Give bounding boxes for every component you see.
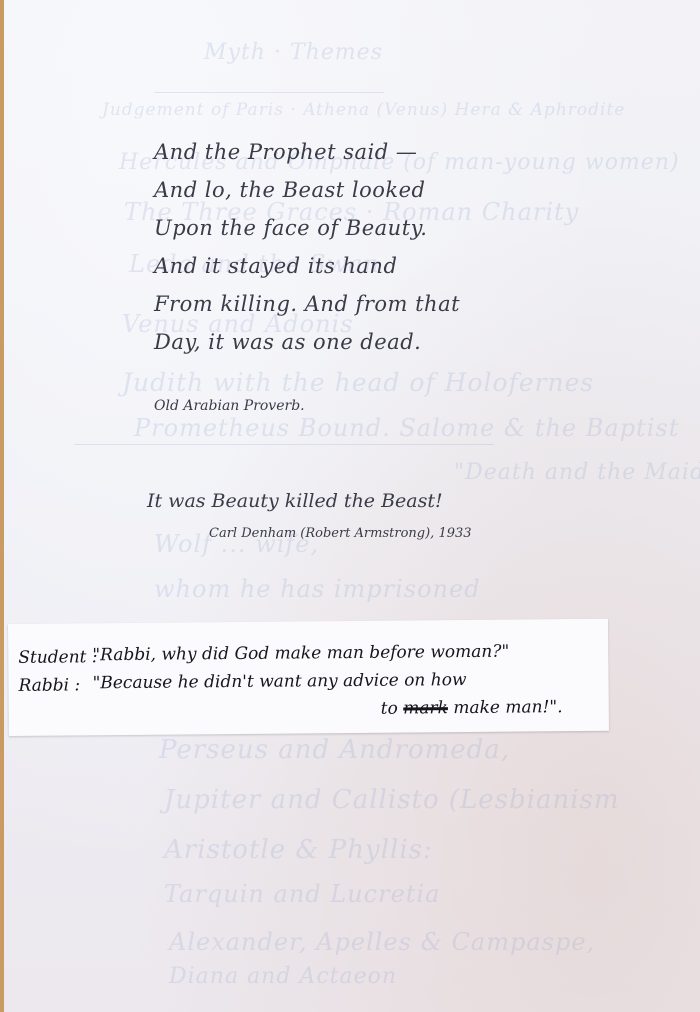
bleed-line: Judith with the head of Holofernes <box>122 368 594 397</box>
proverb-line: Upon the face of Beauty. <box>154 216 427 240</box>
pasted-slip: Student : "Rabbi, why did God make man b… <box>8 619 609 736</box>
bleed-line: Diana and Actaeon <box>169 964 397 989</box>
bleed-line: Tarquin and Lucretia <box>164 880 440 908</box>
quote-attribution: Carl Denham (Robert Armstrong), 1933 <box>209 526 472 541</box>
proverb-line: Day, it was as one dead. <box>154 330 421 354</box>
bleed-line: Alexander, Apelles & Campaspe, <box>169 928 595 956</box>
student-label: Student : <box>18 647 97 668</box>
rabbi-label: Rabbi : <box>18 675 80 696</box>
bleed-line: Perseus and Andromeda, <box>159 735 510 765</box>
proverb-line: And it stayed its hand <box>154 254 397 278</box>
bleed-line: "Death and the Maiden" <box>454 460 700 485</box>
bleed-line: Judgement of Paris · Athena (Venus) Hera… <box>102 100 625 120</box>
bleed-line: whom he has imprisoned <box>154 575 481 603</box>
rabbi-text: "Because he didn't want any advice on ho… <box>92 670 466 693</box>
bleed-rule <box>74 444 494 445</box>
proverb-line: And the Prophet said — <box>154 140 417 164</box>
proverb-line: From killing. And from that <box>154 292 460 316</box>
struck-word: mark <box>403 698 448 718</box>
quote-text: It was Beauty killed the Beast! <box>147 490 443 512</box>
bleed-line: Jupiter and Callisto (Lesbianism <box>164 785 620 815</box>
rabbi-cont-prefix: to <box>381 699 398 719</box>
proverb-attribution: Old Arabian Proverb. <box>154 398 305 414</box>
bleed-line: Aristotle & Phyllis: <box>164 835 433 865</box>
student-text: "Rabbi, why did God make man before woma… <box>92 642 509 666</box>
bleed-line: Prometheus Bound. Salome & the Baptist <box>134 414 679 442</box>
manuscript-page: Myth · Themes Judgement of Paris · Athen… <box>0 0 700 1012</box>
rabbi-text-continued: to mark make man!". <box>381 697 563 719</box>
proverb-line: And lo, the Beast looked <box>154 178 425 202</box>
rabbi-cont-suffix: make man!". <box>453 697 562 718</box>
bleed-line: Myth · Themes <box>204 40 383 65</box>
bleed-rule <box>154 92 384 93</box>
